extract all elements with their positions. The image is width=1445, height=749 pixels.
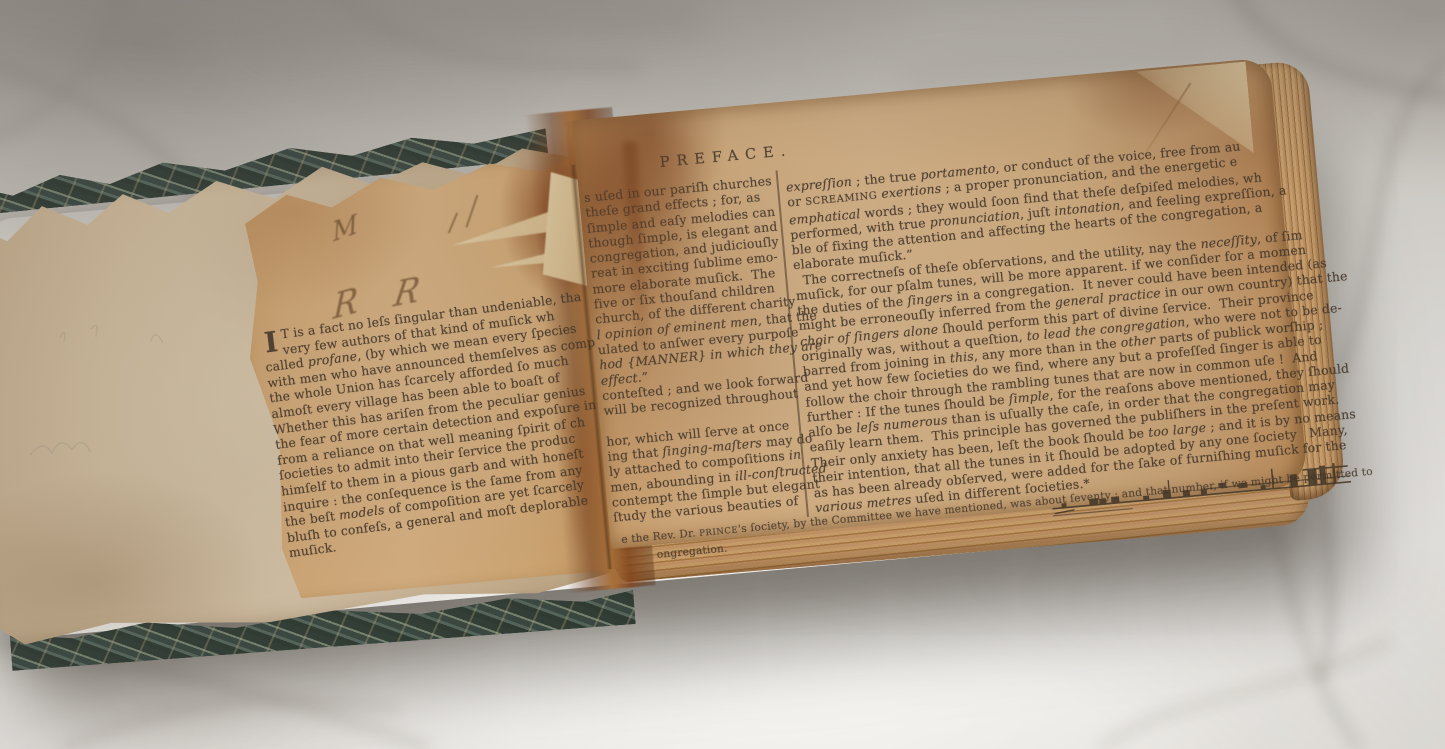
ink-slash-mark: [466, 195, 479, 228]
ink-mark: M: [331, 209, 360, 248]
ink-mark: R: [391, 269, 423, 316]
preface-column-left: IT is a fact no leſs ſingular than unden…: [261, 287, 634, 562]
preface-column-right: expreſſion ; the true portamento, or con…: [785, 135, 1304, 516]
photo-stage: PREFACE. MRR IT is a fact no leſs ſingul…: [0, 0, 1445, 749]
preface-column-middle: s uſed in our pariſh churchestheſe grand…: [583, 171, 818, 525]
ink-slash-mark: [448, 212, 458, 233]
